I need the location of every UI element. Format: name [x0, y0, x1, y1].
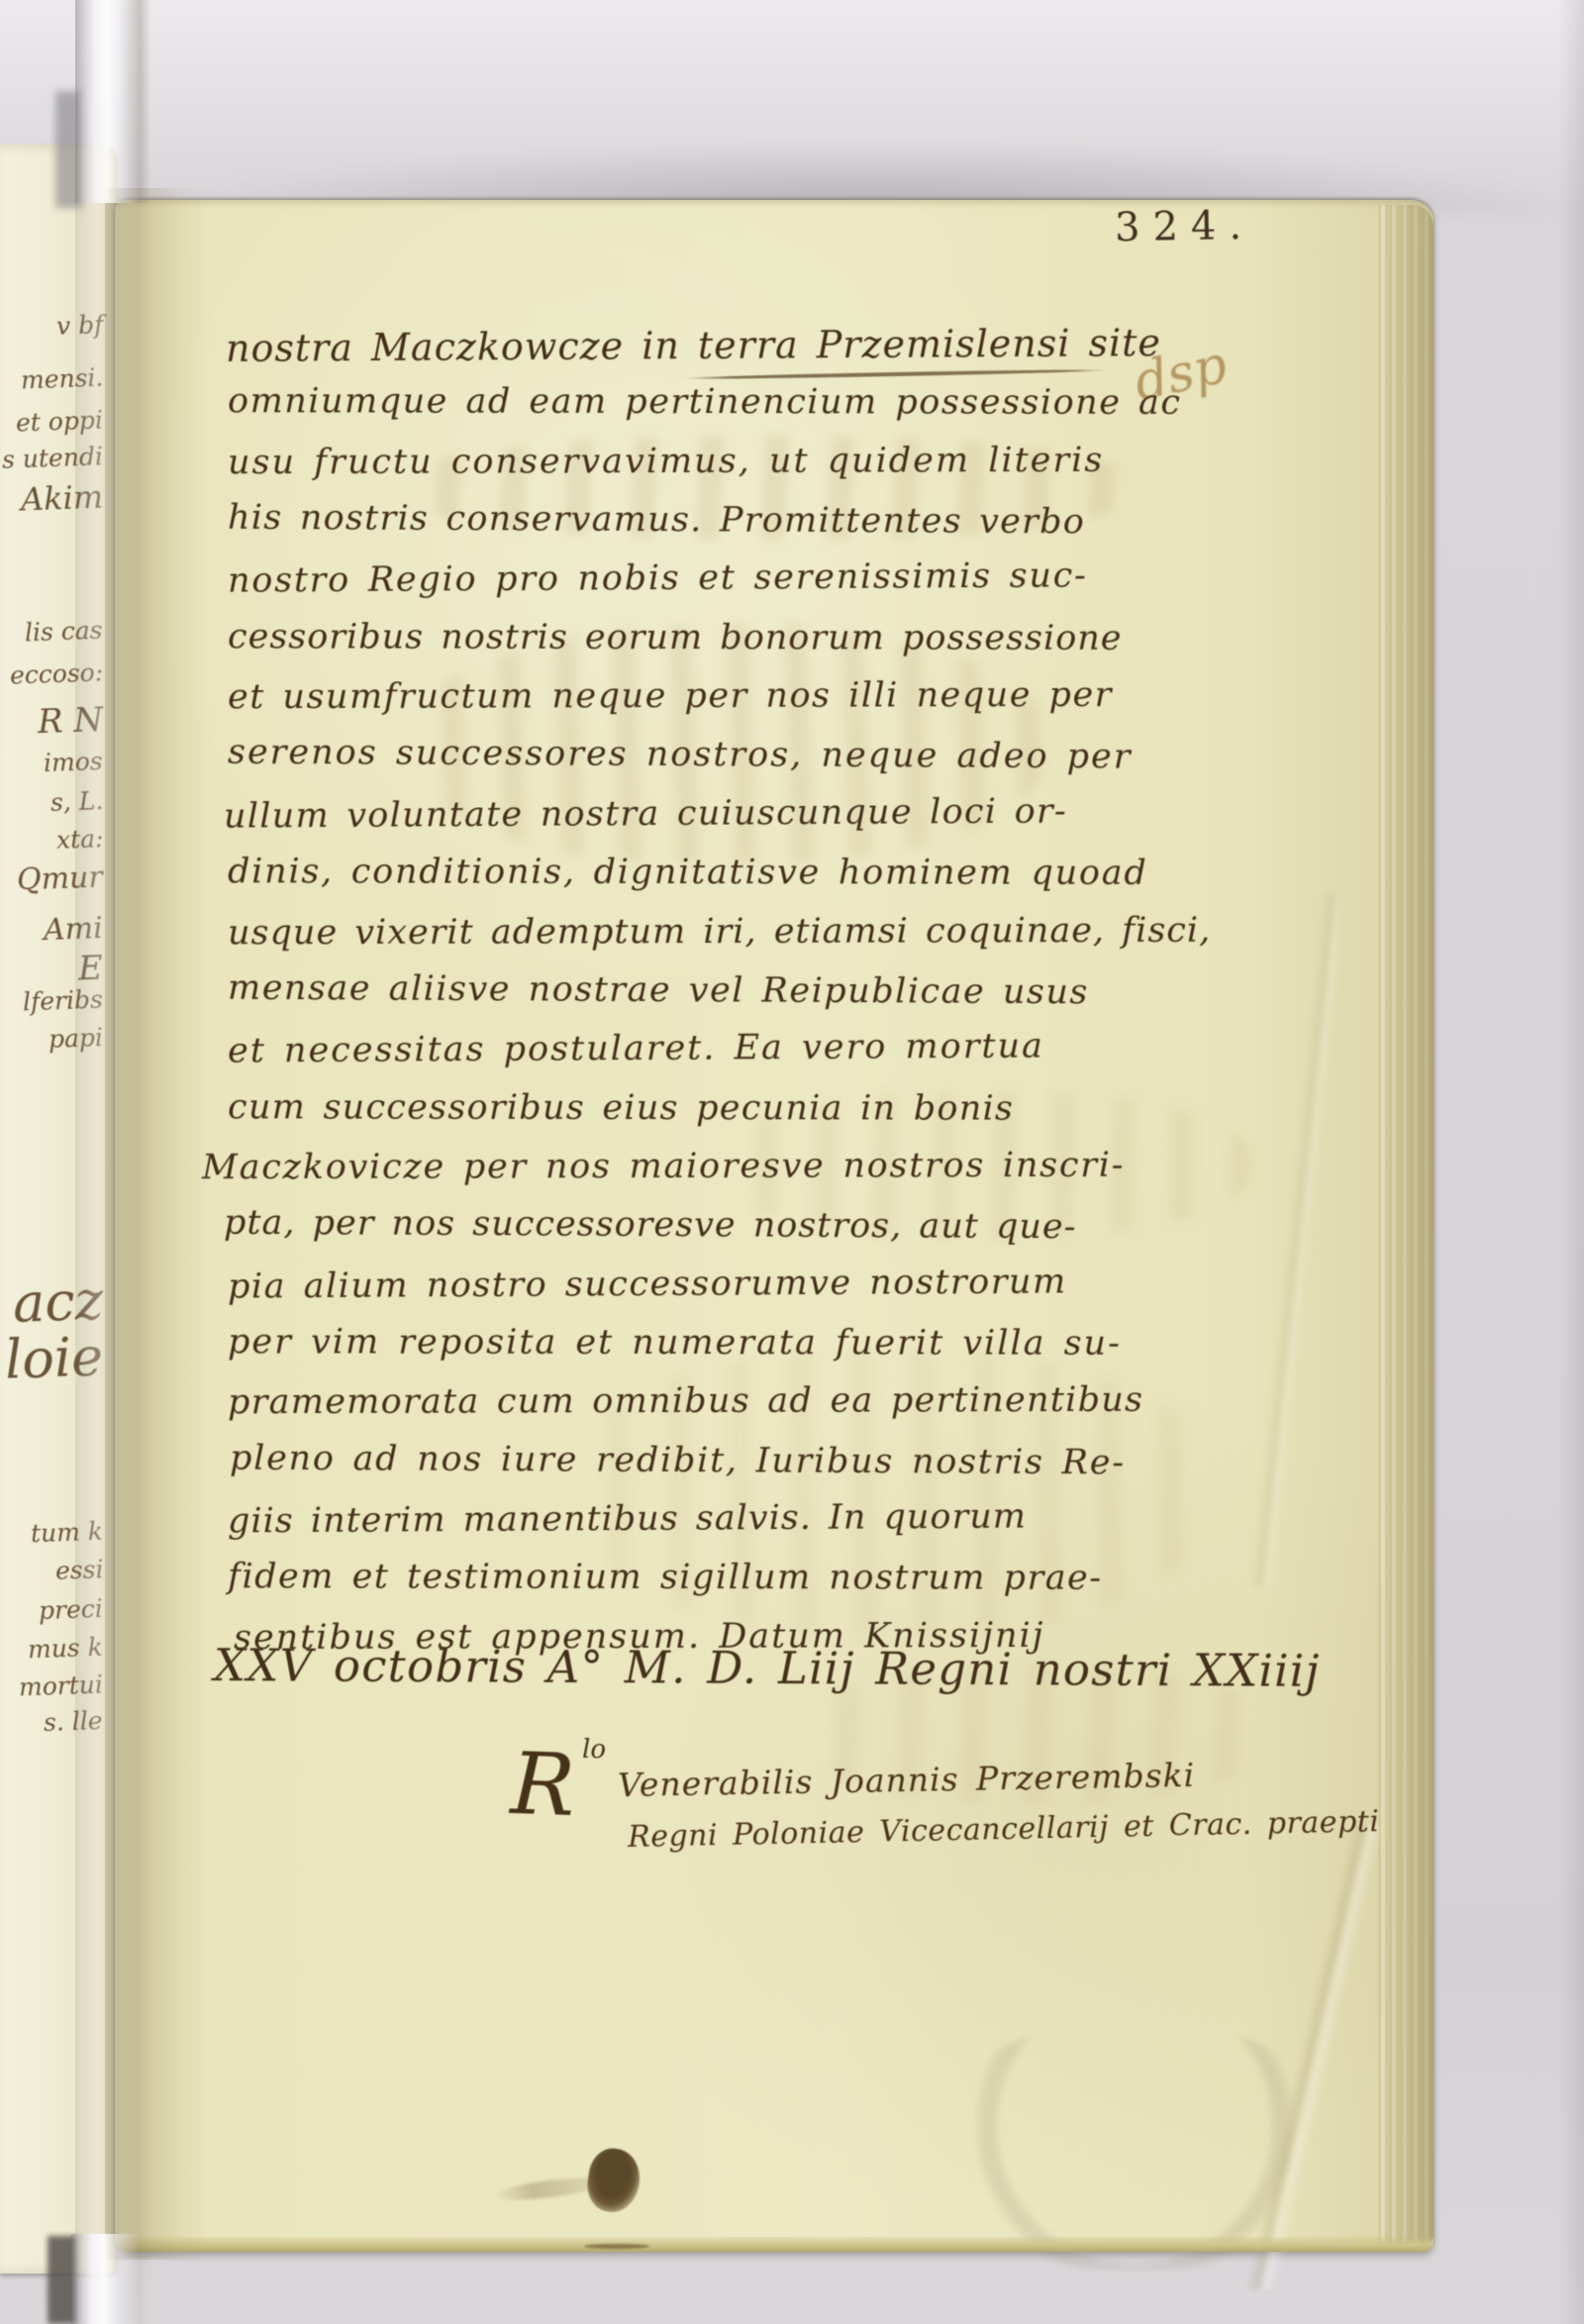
edge-speck	[584, 2244, 649, 2249]
page-bottom-edge	[115, 2237, 1434, 2252]
left-page-fragment: xta:	[55, 824, 103, 855]
left-page-fragment: v bf	[55, 310, 103, 341]
left-page-fragment: s, L.	[49, 786, 103, 817]
facing-page-sliver: v bfmensi.et oppis utendiAkimlis casecco…	[0, 145, 117, 2273]
left-page-fragment: Akim	[20, 478, 103, 519]
left-page-fragment: preci	[39, 1594, 104, 1625]
book-fore-edge	[1378, 205, 1434, 2245]
left-page-fragment: imos	[44, 747, 104, 777]
manuscript-photo: v bfmensi.et oppis utendiAkimlis casecco…	[0, 0, 1584, 2324]
left-page-fragment: essi	[54, 1555, 103, 1585]
left-page-fragment: eccoso:	[9, 657, 103, 689]
left-page-fragment: Ami	[44, 911, 104, 948]
left-page-fragment: E	[77, 949, 103, 989]
ink-showthrough	[798, 1666, 1273, 1804]
left-page-fragment: lferibs	[23, 985, 104, 1017]
left-page-fragment: papi	[49, 1023, 104, 1054]
backdrop-right-shade	[1558, 0, 1584, 2324]
ink-showthrough	[937, 2022, 1333, 2270]
left-page-fragment: tum k	[31, 1517, 104, 1549]
left-page-fragment: et oppi	[16, 405, 104, 437]
strap-shadow	[48, 2236, 77, 2324]
left-page-fragment: mus k	[28, 1633, 104, 1665]
left-page-fragment: s. lle	[44, 1706, 103, 1737]
left-page-fragment: mortui	[19, 1670, 104, 1702]
ink-showthrough	[719, 1091, 1253, 1240]
page-top-shadow	[0, 119, 1584, 213]
ink-showthrough	[397, 436, 1139, 540]
left-page-fragment: loie	[4, 1325, 104, 1390]
left-page-fragment: mensi.	[20, 363, 103, 395]
left-page-fragment: Qmur	[17, 859, 104, 897]
ink-showthrough	[412, 626, 1045, 863]
page-wrinkle	[1226, 1824, 1394, 2289]
left-page-fragment: acz	[12, 1268, 104, 1334]
strap-shadow	[55, 91, 83, 208]
left-page-fragment: s utendi	[2, 442, 104, 474]
manuscript-page	[115, 200, 1434, 2252]
left-page-fragment: lis cas	[25, 616, 103, 648]
page-wrinkle	[1250, 893, 1339, 1586]
ink-showthrough	[570, 1349, 1214, 1636]
left-page-fragment: R N	[37, 700, 104, 742]
